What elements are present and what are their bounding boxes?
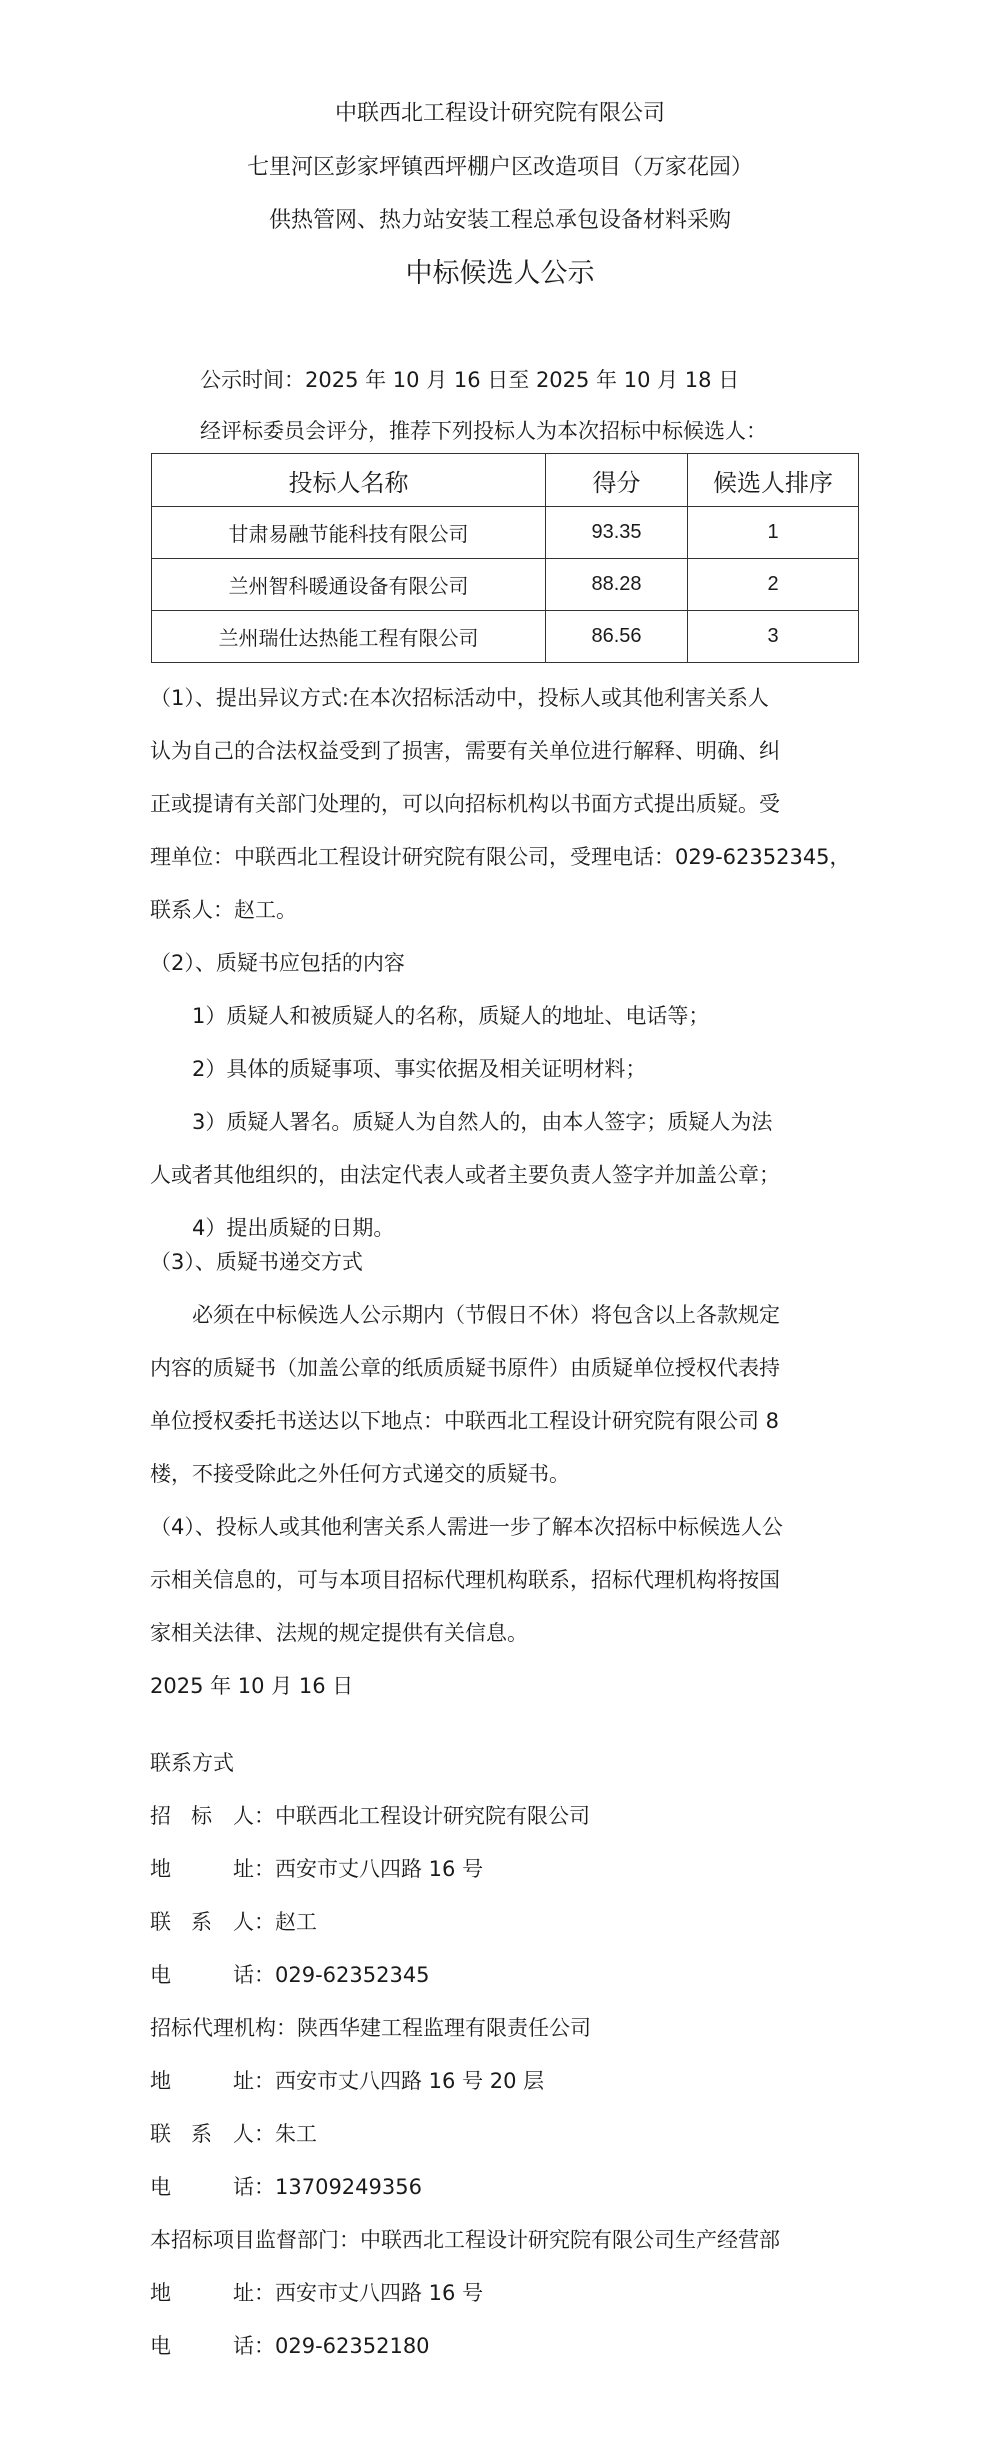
contacts-title: 联系方式 — [150, 1753, 234, 1774]
contact-row-supervisor: 本招标项目监督部门：中联西北工程设计研究院有限公司生产经营部 — [150, 2230, 780, 2251]
table-row: 兰州智科暖通设备有限公司 88.28 2 — [152, 559, 859, 611]
section2-item3: 3）质疑人署名。质疑人为自然人的，由本人签字；质疑人为法 — [192, 1112, 772, 1133]
contact-value: ：13709249356 — [254, 2177, 422, 2198]
section1-line2: 认为自己的合法权益受到了损害，需要有关单位进行解释、明确、纠 — [150, 741, 780, 762]
document-title: 中标候选人公示 — [0, 260, 1000, 287]
contact-value: ：中联西北工程设计研究院有限公司生产经营部 — [339, 2228, 780, 2252]
contact-label: 地 — [150, 2071, 171, 2092]
contact-value: ：赵工 — [254, 1912, 317, 1933]
contact-label: 人 — [233, 1912, 254, 1933]
contact-label: 话 — [233, 2336, 254, 2357]
section3-line1: 必须在中标候选人公示期内（节假日不休）将包含以上各款规定 — [192, 1305, 780, 1326]
bidder-rank: 2 — [688, 559, 859, 611]
bidder-score: 86.56 — [546, 611, 688, 663]
table-row: 兰州瑞仕达热能工程有限公司 86.56 3 — [152, 611, 859, 663]
section4-line3: 家相关法律、法规的规定提供有关信息。 — [150, 1623, 528, 1644]
contact-value: ：西安市丈八四路 16 号 — [254, 1859, 483, 1880]
contact-value: ：陕西华建工程监理有限责任公司 — [276, 2016, 591, 2040]
notice-period: 公示时间：2025 年 10 月 16 日至 2025 年 10 月 18 日 — [200, 370, 739, 391]
section3-title: （3）、质疑书递交方式 — [150, 1252, 363, 1273]
contact-label: 话 — [233, 2177, 254, 2198]
bidder-name: 兰州智科暖通设备有限公司 — [152, 559, 546, 611]
header-rank: 候选人排序 — [688, 454, 859, 507]
contact-label: 系 — [191, 2124, 212, 2145]
section2-item4: 4）提出质疑的日期。 — [192, 1218, 394, 1239]
table-row: 甘肃易融节能科技有限公司 93.35 1 — [152, 507, 859, 559]
section1-line5: 联系人：赵工。 — [150, 900, 297, 921]
bidder-name: 兰州瑞仕达热能工程有限公司 — [152, 611, 546, 663]
contact-value: ：029-62352345 — [254, 1965, 430, 1986]
contact-label: 电 — [150, 1965, 171, 1986]
bidder-score: 88.28 — [546, 559, 688, 611]
contact-label: 联 — [150, 2124, 171, 2145]
contact-label: 人 — [233, 2124, 254, 2145]
section3-line2: 内容的质疑书（加盖公章的纸质质疑书原件）由质疑单位授权代表持 — [150, 1358, 780, 1379]
section4-line2: 示相关信息的，可与本项目招标代理机构联系，招标代理机构将按国 — [150, 1570, 780, 1591]
section2-item1: 1）质疑人和被质疑人的名称，质疑人的地址、电话等； — [192, 1006, 709, 1027]
contact-label: 联 — [150, 1912, 171, 1933]
bidder-score: 93.35 — [546, 507, 688, 559]
contact-label: 址 — [233, 1859, 254, 1880]
bidder-name: 甘肃易融节能科技有限公司 — [152, 507, 546, 559]
contact-row-agency: 招标代理机构：陕西华建工程监理有限责任公司 — [150, 2018, 591, 2039]
section1-line4: 理单位：中联西北工程设计研究院有限公司，受理电话：029-62352345， — [150, 847, 851, 868]
contact-label: 招标代理机构 — [150, 2016, 276, 2040]
candidates-table: 投标人名称 得分 候选人排序 甘肃易融节能科技有限公司 93.35 1 兰州智科… — [151, 453, 859, 663]
table-header-row: 投标人名称 得分 候选人排序 — [152, 454, 859, 507]
contact-label: 地 — [150, 1859, 171, 1880]
contact-label: 招 — [150, 1806, 171, 1827]
contact-value: ：西安市丈八四路 16 号 20 层 — [254, 2071, 544, 2092]
section2-title: （2）、质疑书应包括的内容 — [150, 953, 405, 974]
section2-item3-cont: 人或者其他组织的，由法定代表人或者主要负责人签字并加盖公章； — [150, 1165, 780, 1186]
contact-label: 标 — [191, 1806, 212, 1827]
contact-label: 址 — [233, 2071, 254, 2092]
contact-label: 地 — [150, 2283, 171, 2304]
section3-line3: 单位授权委托书送达以下地点：中联西北工程设计研究院有限公司 8 — [150, 1411, 779, 1432]
company-name: 中联西北工程设计研究院有限公司 — [0, 103, 1000, 125]
section1-line1: （1）、提出异议方式:在本次招标活动中，投标人或其他利害关系人 — [150, 688, 769, 709]
section1-line3: 正或提请有关部门处理的，可以向招标机构以书面方式提出质疑。受 — [150, 794, 780, 815]
contact-label: 电 — [150, 2336, 171, 2357]
section4-line1: （4）、投标人或其他利害关系人需进一步了解本次招标中标候选人公 — [150, 1517, 783, 1538]
section3-line4: 楼，不接受除此之外任何方式递交的质疑书。 — [150, 1464, 570, 1485]
contact-value: ：朱工 — [254, 2124, 317, 2145]
header-bidder-name: 投标人名称 — [152, 454, 546, 507]
bidder-rank: 1 — [688, 507, 859, 559]
project-name-line1: 七里河区彭家坪镇西坪棚户区改造项目（万家花园） — [0, 157, 1000, 179]
contact-label: 话 — [233, 1965, 254, 1986]
notice-intro: 经评标委员会评分，推荐下列投标人为本次招标中标候选人： — [200, 421, 767, 442]
header-score: 得分 — [546, 454, 688, 507]
contact-label: 系 — [191, 1912, 212, 1933]
contact-value: ：西安市丈八四路 16 号 — [254, 2283, 483, 2304]
contact-value: ：029-62352180 — [254, 2336, 430, 2357]
bidder-rank: 3 — [688, 611, 859, 663]
contact-label: 本招标项目监督部门 — [150, 2228, 339, 2252]
contact-label: 人 — [233, 1806, 254, 1827]
contact-label: 址 — [233, 2283, 254, 2304]
contact-value: ：中联西北工程设计研究院有限公司 — [254, 1806, 590, 1827]
project-name-line2: 供热管网、热力站安装工程总承包设备材料采购 — [0, 210, 1000, 232]
contact-label: 电 — [150, 2177, 171, 2198]
section2-item2: 2）具体的质疑事项、事实依据及相关证明材料； — [192, 1059, 646, 1080]
notice-date: 2025 年 10 月 16 日 — [150, 1676, 353, 1697]
